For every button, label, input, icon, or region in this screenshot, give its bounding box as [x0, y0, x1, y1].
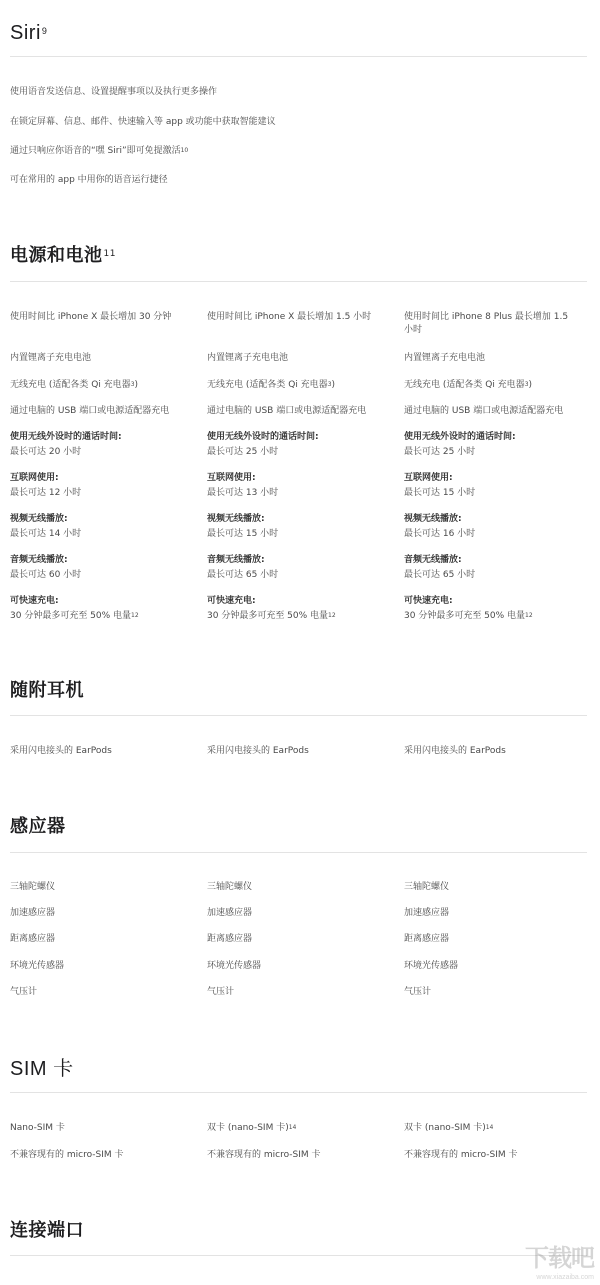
battery-usage: 使用时间比 iPhone X 最长增加 30 分钟: [10, 311, 185, 324]
fast-charge-value: 30 分钟最多可充至 50% 电量12: [10, 610, 139, 623]
battery-type: 内置锂离子充电电池: [10, 352, 91, 365]
sim-compat: 不兼容现有的 micro-SIM 卡: [10, 1149, 124, 1162]
sensor-item: 距离感应器: [207, 933, 252, 946]
siri-item: 通过只响应你语音的“嘿 Siri”即可免提激活10: [10, 145, 188, 158]
section-title-ports: 连接端口: [10, 1220, 84, 1242]
sensor-item: 环境光传感器: [207, 960, 261, 973]
sensor-item: 加速感应器: [207, 907, 252, 920]
audio-label: 音频无线播放:: [10, 554, 68, 567]
section-title-sim: SIM 卡: [10, 1058, 74, 1080]
earphones-item: 采用闪电接头的 EarPods: [207, 745, 309, 758]
sensor-item: 距离感应器: [10, 933, 55, 946]
talk-value: 最长可达 25 小时: [404, 446, 475, 459]
siri-item: 在锁定屏幕、信息、邮件、快速输入等 app 或功能中获取智能建议: [10, 116, 276, 129]
sensor-item: 气压计: [207, 986, 234, 999]
battery-usb: 通过电脑的 USB 端口或电源适配器充电: [207, 405, 366, 418]
sim-compat: 不兼容现有的 micro-SIM 卡: [404, 1149, 518, 1162]
sim-type: 双卡 (nano-SIM 卡)14: [404, 1122, 493, 1135]
talk-label: 使用无线外设时的通话时间:: [404, 431, 516, 444]
earphones-item: 采用闪电接头的 EarPods: [10, 745, 112, 758]
sensor-item: 加速感应器: [404, 907, 449, 920]
divider: [10, 1092, 587, 1093]
battery-type: 内置锂离子充电电池: [207, 352, 288, 365]
internet-label: 互联网使用:: [10, 472, 59, 485]
sensor-item: 环境光传感器: [10, 960, 64, 973]
footnote[interactable]: 9: [42, 26, 48, 36]
video-label: 视频无线播放:: [207, 513, 265, 526]
watermark-url: www.xiazaiba.com: [536, 1274, 594, 1281]
section-title-sensors: 感应器: [10, 816, 66, 838]
sensor-item: 三轴陀螺仪: [404, 881, 449, 894]
divider: [10, 281, 587, 282]
talk-label: 使用无线外设时的通话时间:: [207, 431, 319, 444]
battery-wireless: 无线充电 (适配各类 Qi 充电器3): [404, 379, 532, 392]
internet-value: 最长可达 13 小时: [207, 487, 278, 500]
battery-type: 内置锂离子充电电池: [404, 352, 485, 365]
audio-value: 最长可达 65 小时: [404, 569, 475, 582]
audio-label: 音频无线播放:: [404, 554, 462, 567]
talk-label: 使用无线外设时的通话时间:: [10, 431, 122, 444]
fast-charge-value: 30 分钟最多可充至 50% 电量12: [207, 610, 336, 623]
sim-type: 双卡 (nano-SIM 卡)14: [207, 1122, 296, 1135]
sensor-item: 气压计: [404, 986, 431, 999]
audio-label: 音频无线播放:: [207, 554, 265, 567]
fast-charge-value: 30 分钟最多可充至 50% 电量12: [404, 610, 533, 623]
section-title-battery: 电源和电池11: [10, 245, 116, 267]
talk-value: 最长可达 20 小时: [10, 446, 81, 459]
section-title-siri: Siri9: [10, 22, 47, 44]
earphones-item: 采用闪电接头的 EarPods: [404, 745, 506, 758]
video-label: 视频无线播放:: [404, 513, 462, 526]
sensor-item: 气压计: [10, 986, 37, 999]
sensor-item: 距离感应器: [404, 933, 449, 946]
fast-charge-label: 可快速充电:: [207, 595, 256, 608]
siri-item: 可在常用的 app 中用你的语音运行捷径: [10, 174, 168, 187]
divider: [10, 56, 587, 57]
battery-usage: 使用时间比 iPhone 8 Plus 最长增加 1.5 小时: [404, 311, 579, 337]
section-title-earphones: 随附耳机: [10, 680, 84, 702]
sensor-item: 环境光传感器: [404, 960, 458, 973]
battery-usb: 通过电脑的 USB 端口或电源适配器充电: [404, 405, 563, 418]
watermark-text: 下载吧: [525, 1245, 594, 1271]
battery-usb: 通过电脑的 USB 端口或电源适配器充电: [10, 405, 169, 418]
footnote[interactable]: 11: [104, 249, 116, 259]
video-value: 最长可达 14 小时: [10, 528, 81, 541]
divider: [10, 715, 587, 716]
sim-compat: 不兼容现有的 micro-SIM 卡: [207, 1149, 321, 1162]
fast-charge-label: 可快速充电:: [10, 595, 59, 608]
battery-usage: 使用时间比 iPhone X 最长增加 1.5 小时: [207, 311, 382, 324]
battery-wireless: 无线充电 (适配各类 Qi 充电器3): [207, 379, 335, 392]
talk-value: 最长可达 25 小时: [207, 446, 278, 459]
internet-label: 互联网使用:: [404, 472, 453, 485]
fast-charge-label: 可快速充电:: [404, 595, 453, 608]
sensor-item: 三轴陀螺仪: [10, 881, 55, 894]
video-label: 视频无线播放:: [10, 513, 68, 526]
divider: [10, 1255, 587, 1256]
internet-label: 互联网使用:: [207, 472, 256, 485]
sensor-item: 三轴陀螺仪: [207, 881, 252, 894]
audio-value: 最长可达 60 小时: [10, 569, 81, 582]
sim-type: Nano-SIM 卡: [10, 1122, 65, 1135]
battery-wireless: 无线充电 (适配各类 Qi 充电器3): [10, 379, 138, 392]
audio-value: 最长可达 65 小时: [207, 569, 278, 582]
footnote[interactable]: 10: [181, 147, 189, 154]
siri-item: 使用语音发送信息、设置提醒事项以及执行更多操作: [10, 86, 217, 99]
divider: [10, 852, 587, 853]
internet-value: 最长可达 15 小时: [404, 487, 475, 500]
watermark-logo: 下载吧 www.xiazaiba.com: [502, 1245, 594, 1281]
video-value: 最长可达 15 小时: [207, 528, 278, 541]
internet-value: 最长可达 12 小时: [10, 487, 81, 500]
video-value: 最长可达 16 小时: [404, 528, 475, 541]
sensor-item: 加速感应器: [10, 907, 55, 920]
